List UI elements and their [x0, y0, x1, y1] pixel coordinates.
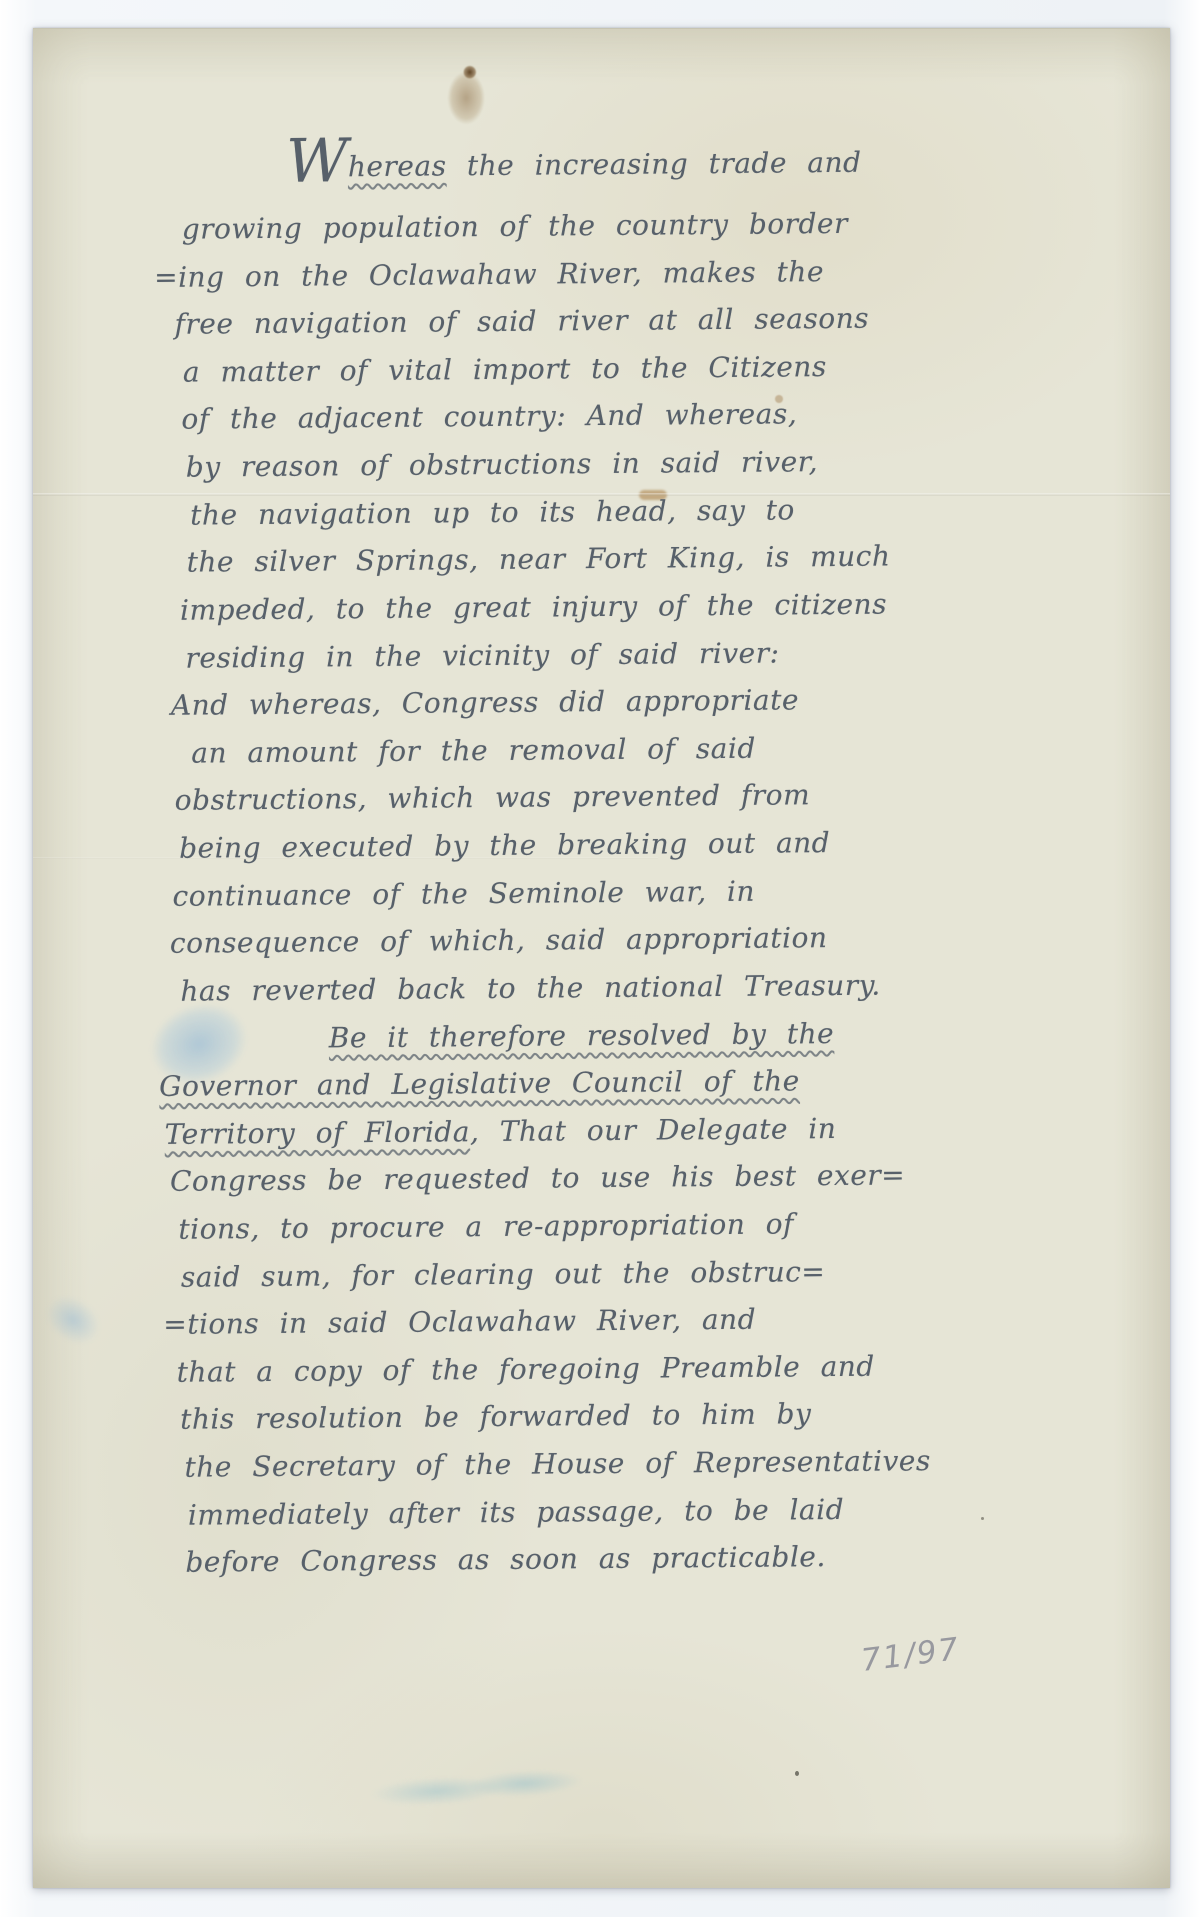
manuscript-line: impeded, to the great injury of the citi…	[180, 581, 887, 635]
manuscript-line: Whereas the increasing trade and	[286, 139, 862, 192]
manuscript-text: this resolution be forwarded to him by	[180, 1397, 811, 1436]
manuscript-text: =tions in said Oclawahaw River, and	[163, 1303, 756, 1341]
manuscript-text: the increasing trade and	[446, 146, 861, 183]
manuscript-line: obstructions, which was prevented from	[175, 771, 811, 825]
manuscript-line: being executed by the breaking out and	[179, 819, 830, 873]
manuscript-text: an amount for the removal of said	[191, 732, 756, 770]
manuscript-line: And whereas, Congress did appropriate	[171, 676, 799, 729]
manuscript-line: this resolution be forwarded to him by	[180, 1390, 812, 1444]
manuscript-text: continuance of the Seminole war, in	[172, 875, 755, 913]
manuscript-line: the silver Springs, near Fort King, is m…	[186, 532, 890, 586]
manuscript-line: continuance of the Seminole war, in	[172, 868, 755, 921]
manuscript-text: before Congress as soon as practicable.	[185, 1540, 826, 1579]
manuscript-page: Whereas the increasing trade andgrowing …	[33, 28, 1170, 1888]
manuscript-line: growing population of the country border	[182, 200, 849, 254]
scan-background: { "document": { "kind": "handwritten man…	[0, 0, 1200, 1917]
manuscript-line: tions, to procure a re-appropriation of	[178, 1200, 794, 1253]
manuscript-text: hereas	[348, 149, 447, 183]
manuscript-text: consequence of which, said appropriation	[170, 921, 828, 960]
manuscript-line: Governor and Legislative Council of the	[159, 1057, 800, 1111]
manuscript-line: of the adjacent country: And whereas,	[181, 390, 797, 443]
manuscript-line: the navigation up to its head, say to	[190, 486, 795, 539]
manuscript-text: tions, to procure a re-appropriation of	[178, 1207, 794, 1245]
manuscript-line: that a copy of the foregoing Preamble an…	[177, 1343, 875, 1397]
manuscript-text: growing population of the country border	[182, 207, 848, 246]
manuscript-text: Governor and Legislative Council of the	[159, 1064, 800, 1103]
manuscript-text: =ing on the Oclawahaw River, makes the	[154, 255, 824, 294]
manuscript-text: the Secretary of the House of Representa…	[184, 1444, 931, 1484]
manuscript-text: being executed by the breaking out and	[179, 826, 830, 865]
manuscript-line: consequence of which, said appropriation	[170, 914, 828, 968]
manuscript-line: immediately after its passage, to be lai…	[188, 1486, 845, 1540]
manuscript-text: by reason of obstructions in said river,	[186, 445, 818, 484]
manuscript-text: said sum, for clearing out the obstruc=	[181, 1255, 826, 1294]
manuscript-text: Be it therefore resolved by the	[329, 1017, 835, 1054]
manuscript-line: residing in the vicinity of said river:	[185, 629, 779, 682]
manuscript-text: , That our Delegate in	[470, 1112, 837, 1148]
manuscript-text: obstructions, which was prevented from	[175, 778, 811, 817]
manuscript-line: a matter of vital import to the Citizens	[183, 343, 827, 397]
manuscript-line: Be it therefore resolved by the	[329, 1010, 835, 1062]
manuscript-line: before Congress as soon as practicable.	[185, 1533, 826, 1587]
manuscript-line: has reverted back to the national Treasu…	[180, 962, 881, 1016]
manuscript-line: an amount for the removal of said	[191, 725, 756, 778]
manuscript-line: the Secretary of the House of Representa…	[184, 1437, 931, 1492]
flourished-initial: W	[286, 126, 348, 197]
manuscript-text: the navigation up to its head, say to	[190, 493, 795, 531]
text-layer: Whereas the increasing trade andgrowing …	[33, 24, 1186, 1893]
manuscript-text: of the adjacent country: And whereas,	[181, 397, 797, 435]
manuscript-line: free navigation of said river at all sea…	[174, 295, 869, 349]
manuscript-line: said sum, for clearing out the obstruc=	[181, 1248, 826, 1302]
manuscript-line: by reason of obstructions in said river,	[186, 438, 819, 492]
manuscript-line: Territory of Florida, That our Delegate …	[164, 1105, 836, 1159]
manuscript-text: a matter of vital import to the Citizens	[183, 350, 827, 389]
manuscript-text: impeded, to the great injury of the citi…	[180, 588, 887, 627]
manuscript-text: free navigation of said river at all sea…	[174, 302, 869, 341]
manuscript-text: Territory of Florida	[164, 1115, 470, 1151]
manuscript-line: =ing on the Oclawahaw River, makes the	[154, 248, 824, 302]
manuscript-text: residing in the vicinity of said river:	[185, 636, 779, 674]
manuscript-line: Congress be requested to use his best ex…	[170, 1151, 906, 1205]
manuscript-text: has reverted back to the national Treasu…	[180, 969, 881, 1008]
manuscript-text: that a copy of the foregoing Preamble an…	[177, 1350, 875, 1389]
manuscript-text: And whereas, Congress did appropriate	[171, 683, 799, 721]
manuscript-text: the silver Springs, near Fort King, is m…	[186, 539, 890, 578]
manuscript-line: =tions in said Oclawahaw River, and	[163, 1296, 756, 1349]
manuscript-text: Congress be requested to use his best ex…	[170, 1158, 905, 1197]
manuscript-text: immediately after its passage, to be lai…	[188, 1493, 844, 1532]
